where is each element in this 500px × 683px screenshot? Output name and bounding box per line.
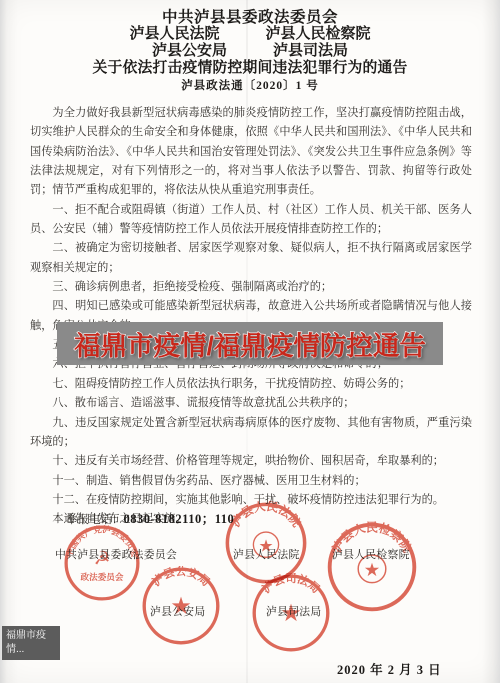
national-emblem-icon: ★ (364, 560, 381, 581)
corner-watermark-tag: 福鼎市疫情... (2, 626, 60, 660)
body-paragraph: 八、散布谣言、造谣滋事、谎报疫情等故意扰乱公共秩序的； (30, 394, 472, 413)
seal-county-procuratorate: 泸县人民检察院 ★ (326, 521, 418, 613)
signature-county-procuratorate: 泸县人民检察院 (332, 547, 410, 562)
body-paragraph: 二、被确定为密切接触者、居家医学观察对象、疑似病人，拒不执行隔离或居家医学观察相… (30, 239, 472, 278)
round-seal-graphic: 中国共产党泸县委员会 ☭ 政法委员会 (63, 524, 141, 602)
signature-county-court: 泸县人民法院 (233, 547, 300, 562)
watermark-banner-text: 福鼎市疫情/福鼎疫情防控通告 (74, 324, 426, 363)
body-paragraph: 十一、制造、销售假冒伪劣药品、医疗器械、医用卫生材料的； (30, 472, 472, 491)
signature-political-legal-committee: 中共泸县县委政法委员会 (55, 547, 177, 562)
body-paragraph: 九、违反国家规定处置含新型冠状病毒病原体的医疗废物、其他有害物质，严重污染环境的… (30, 414, 472, 453)
seal-party-political-legal-committee: 中国共产党泸县委员会 ☭ 政法委员会 (63, 524, 141, 602)
signature-public-security-bureau: 泸县公安局 (150, 604, 205, 619)
body-paragraph: 七、阻碍疫情防控工作人员依法执行职务，干扰疫情防控、妨碍公务的； (30, 375, 472, 394)
body-paragraph: 为全力做好我县新型冠状病毒感染的肺炎疫情防控工作，坚决打赢疫情防控阻击战，切实维… (30, 104, 472, 201)
body-paragraph: 三、确诊病例患者，拒绝接受检疫、强制隔离或治疗的； (30, 278, 472, 297)
watermark-banner: 福鼎市疫情/福鼎疫情防控通告 (57, 322, 443, 365)
body-paragraph: 一、拒不配合或阻碍镇（街道）工作人员、村（社区）工作人员、机关干部、医务人员、公… (30, 201, 472, 240)
seal-bottom-label: 政法委员会 (81, 571, 124, 582)
body-paragraph: 十、违反有关市场经营、价格管理等规定，哄抬物价、囤积居奇，牟取暴利的； (30, 452, 472, 471)
notice-body: 为全力做好我县新型冠状病毒感染的肺炎疫情防控工作，坚决打赢疫情防控阻击战，切实维… (30, 104, 472, 530)
signature-justice-bureau: 泸县司法局 (266, 604, 321, 619)
notice-document-page: 中共泸县县委政法委员会 泸县人民法院 泸县人民检察院 泸县公安局 泸县司法局 关… (0, 0, 500, 683)
svg-text:泸县公安局: 泸县公安局 (149, 566, 212, 589)
notice-title: 关于依法打击疫情防控期间违法犯罪行为的通告 (0, 56, 500, 77)
document-number: 泸县政法通〔2020〕1 号 (0, 77, 500, 93)
issue-date: 2020 年 2 月 3 日 (337, 660, 442, 678)
svg-text:泸县司法局: 泸县司法局 (259, 573, 322, 596)
round-seal-graphic: 泸县人民检察院 ★ (326, 521, 418, 613)
